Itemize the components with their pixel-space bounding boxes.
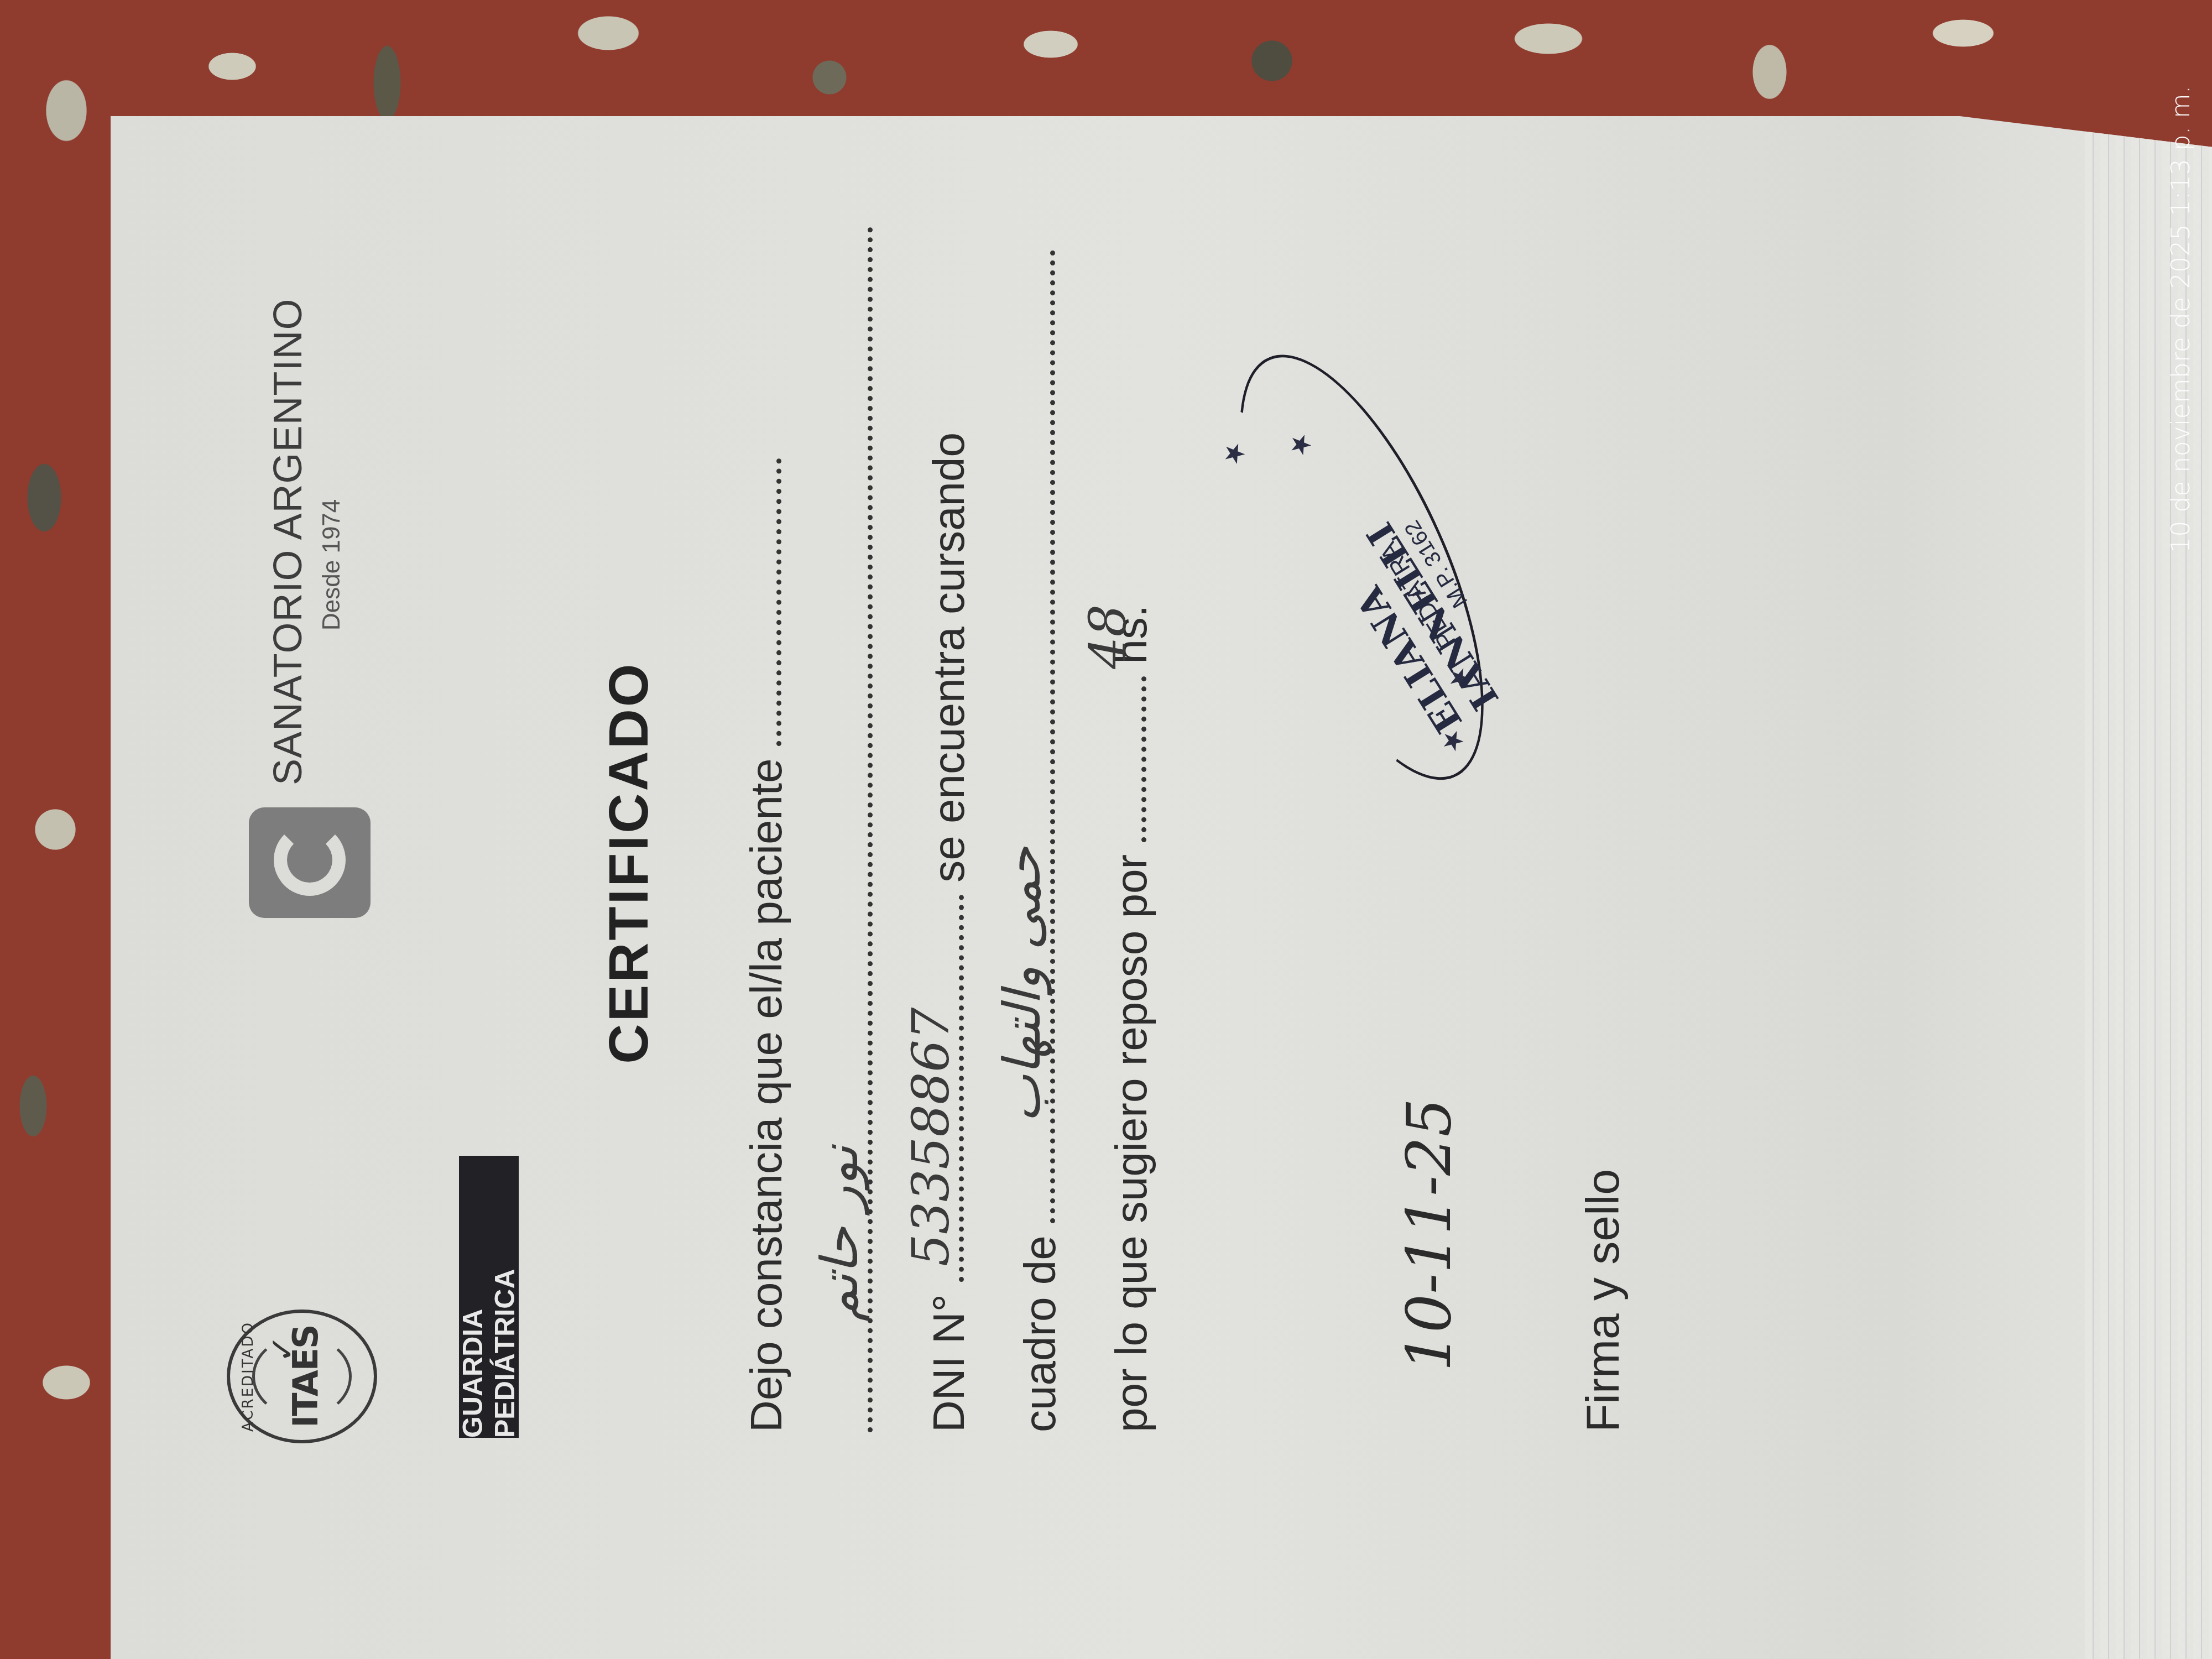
seal-name: ITAES xyxy=(285,1313,326,1440)
condition-intro: se encuentra cursando xyxy=(924,432,973,883)
signature-area: ★ ★ ★ ★ ELIANA IANNELLI PEDIATRA M.P. 31… xyxy=(1554,144,1886,1582)
rest-hours-handwritten: 48 xyxy=(1078,604,1138,669)
signature-label: Firma y sello xyxy=(1576,1169,1630,1432)
department-badge: GUARDIA PEDIÁTRICA xyxy=(459,1156,519,1438)
condition-label: cuadro de xyxy=(1015,1235,1065,1432)
rest-label: por lo que sugiero reposo por xyxy=(1107,854,1156,1432)
dni-line: DNI N° se encuentra cursando 53358867 xyxy=(924,216,1015,1432)
check-icon: ✓ xyxy=(263,1335,302,1363)
certificate-header: ACREDITADO ITAES ✓ SANATORIO ARGENTINO D… xyxy=(227,144,393,1582)
doctor-stamp: ★ ★ ★ ★ ELIANA IANNELLI PEDIATRA M.P. 31… xyxy=(1178,333,1587,794)
condition-handwritten: حمى والتهاب xyxy=(993,847,1052,1123)
rest-line: por lo que sugiero reposo por hs. 48 xyxy=(1106,216,1197,1432)
seal-arc-text: ACREDITADO xyxy=(240,1313,257,1440)
rest-dotted-field xyxy=(1110,676,1146,842)
document-title: CERTIFICADO xyxy=(597,144,661,1582)
certificate-document: ACREDITADO ITAES ✓ SANATORIO ARGENTINO D… xyxy=(116,144,2052,1582)
dni-label: DNI N° xyxy=(924,1294,973,1432)
dni-handwritten: 53358867 xyxy=(901,1008,961,1266)
sanatorio-q-logo-icon xyxy=(249,807,371,918)
photo-timestamp: 10 de noviembre de 2025 1:13 p. m. xyxy=(2166,44,2204,553)
patient-label: Dejo constancia que el/la paciente xyxy=(742,758,791,1432)
date-handwritten: 10-11-25 xyxy=(1394,1098,1464,1371)
itaes-accreditation-seal: ACREDITADO ITAES ✓ xyxy=(227,1310,377,1443)
patient-name-handwritten: نور حاتم xyxy=(810,1145,869,1322)
condition-line: cuadro de حمى والتهاب xyxy=(1015,216,1106,1432)
patient-dotted-field xyxy=(745,458,781,746)
institution-name: SANATORIO ARGENTINO xyxy=(265,299,311,785)
institution-since: Desde 1974 xyxy=(318,499,346,630)
certificate-body: Dejo constancia que el/la paciente نور ح… xyxy=(741,216,1197,1432)
